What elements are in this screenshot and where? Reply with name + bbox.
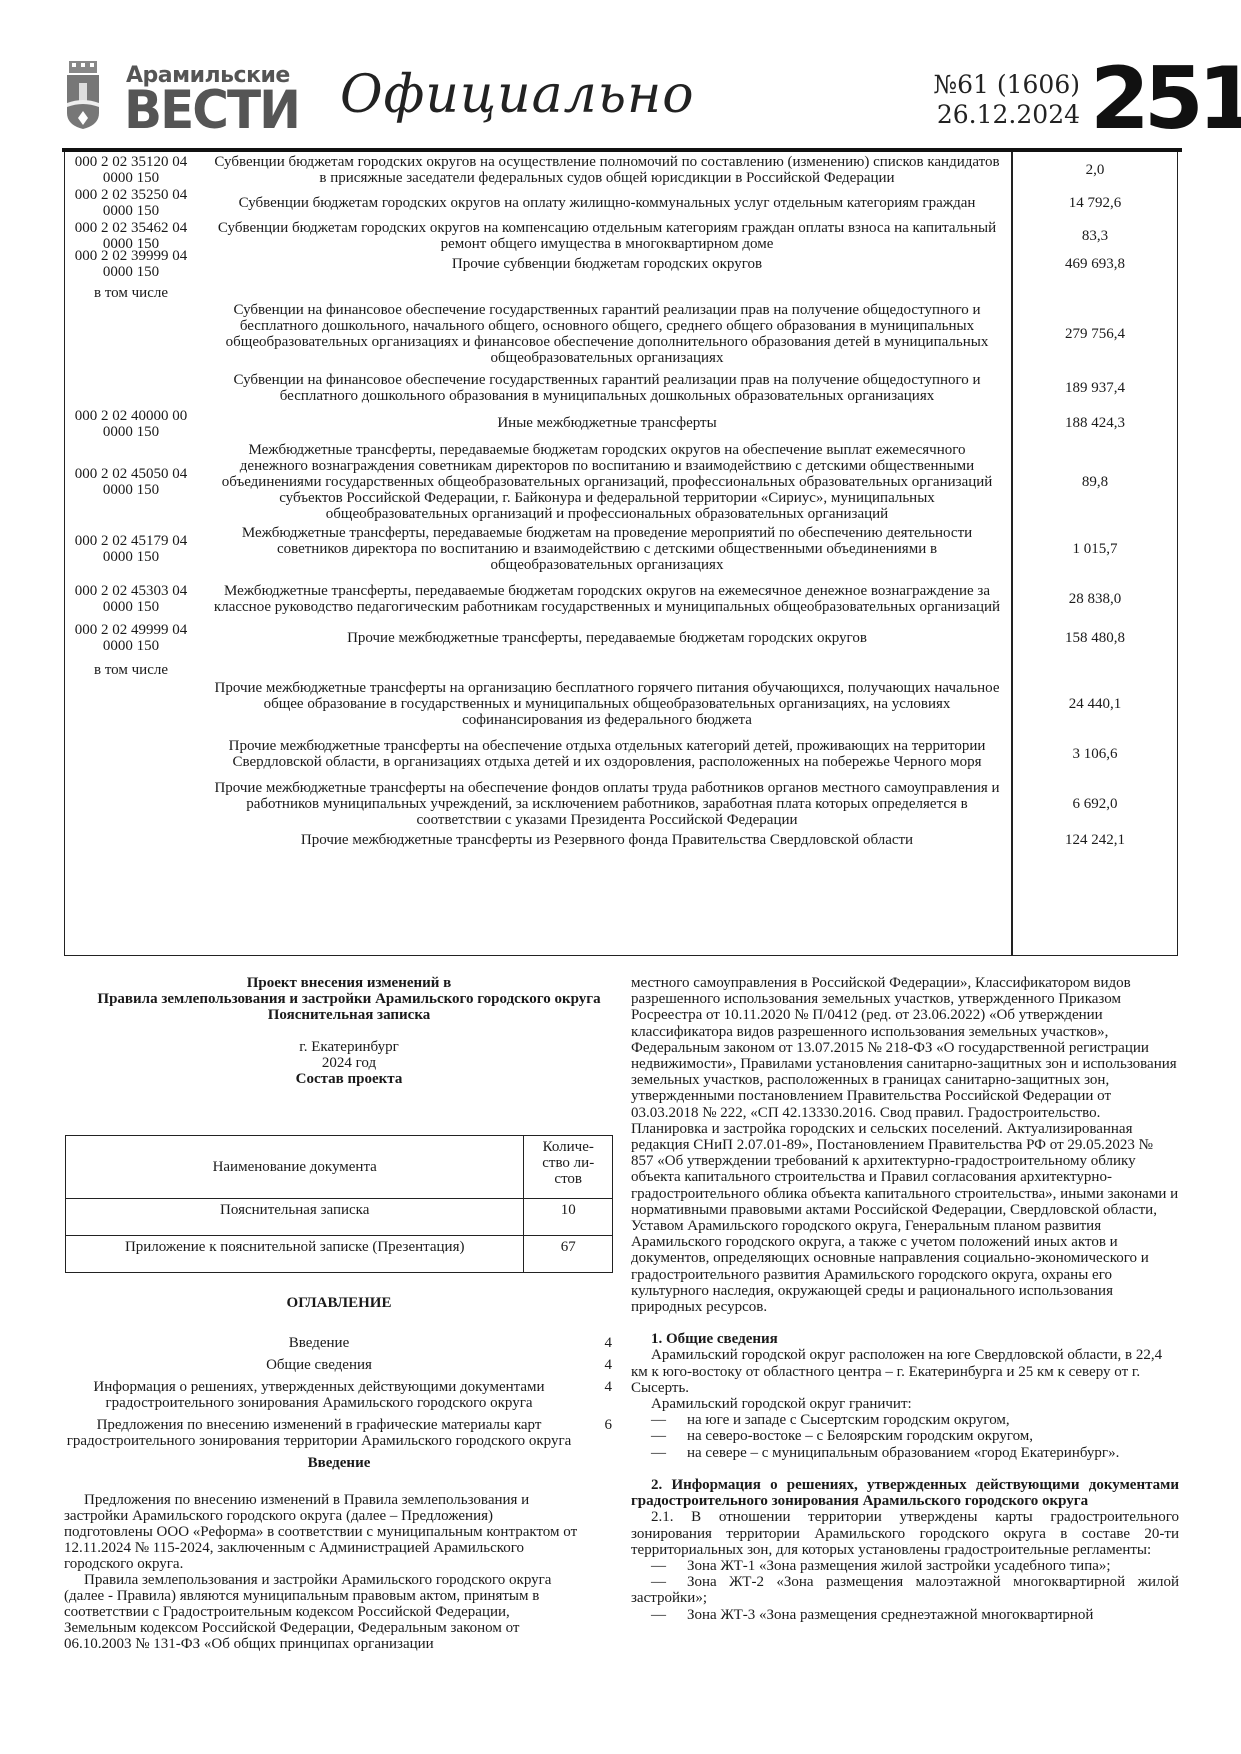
toc-page: 4 [605,1357,613,1373]
issue-date: 26.12.2024 [870,100,1080,130]
list-item: —на севере – с муниципальным образование… [631,1445,1179,1461]
table-row: в том числе [65,662,1177,678]
dash-bullet: — [631,1445,687,1461]
budget-description: Иные межбюджетные трансферты [213,415,1001,431]
budget-description: Межбюджетные трансферты, передаваемые бю… [213,583,1001,615]
budget-value: 1 015,7 [1013,541,1177,557]
budget-code: 000 2 02 45179 04 0000 150 [65,533,197,565]
section1-paragraph: Арамильский городской округ граничит: [631,1396,1179,1412]
budget-description: Субвенции бюджетам городских округов на … [213,195,1001,211]
list-item: —Зона ЖТ-3 «Зона размещения среднеэтажно… [631,1607,1179,1623]
table-row: Приложение к пояснительной записке (През… [66,1236,613,1273]
brand-name-main: ВЕСТИ [124,80,299,141]
budget-description: Межбюджетные трансферты, передаваемые бю… [213,525,1001,573]
budget-description: Прочие межбюджетные трансферты из Резерв… [213,832,1001,848]
toc-title: ОГЛАВЛЕНИЕ [64,1295,614,1311]
list-item-text: Зона ЖТ-1 «Зона размещения жилой застрой… [687,1558,1111,1574]
introduction: Предложения по внесению изменений в Прав… [64,1492,584,1652]
page-number: 251 [1090,49,1241,149]
right-column: местного самоуправления в Российской Фед… [631,975,1179,1623]
budget-code: 000 2 02 35120 04 0000 150 [65,154,197,186]
list-item: —Зона ЖТ-1 «Зона размещения жилой застро… [631,1558,1179,1574]
list-item: —на северо-востоке – с Белоярским городс… [631,1428,1179,1444]
table-row: 000 2 02 49999 04 0000 150Прочие межбюдж… [65,622,1177,654]
section1-paragraph: Арамильский городской округ расположен н… [631,1347,1179,1396]
project-title-line2: Правила землепользования и застройки Ара… [84,991,614,1007]
header-document-name: Наименование документа [66,1136,524,1199]
table-row: Прочие межбюджетные трансферты из Резерв… [65,832,1177,848]
budget-code: в том числе [65,662,197,678]
budget-value: 3 106,6 [1013,746,1177,762]
project-city: г. Екатеринбург [84,1039,614,1055]
budget-description: Межбюджетные трансферты, передаваемые бю… [213,442,1001,522]
table-row: Субвенции на финансовое обеспечение госу… [65,370,1177,406]
section2-title: 2. Информация о решениях, утвержденных д… [631,1477,1179,1509]
table-row: 000 2 02 39999 04 0000 150Прочие субвенц… [65,248,1177,280]
table-row: 000 2 02 45179 04 0000 150Межбюджетные т… [65,524,1177,574]
table-row: Прочие межбюджетные трансферты на органи… [65,680,1177,728]
table-row: 000 2 02 45303 04 0000 150Межбюджетные т… [65,574,1177,624]
budget-value: 89,8 [1013,474,1177,490]
project-header: Проект внесения изменений в Правила земл… [84,975,614,1087]
table-row: в том числе [65,285,1177,301]
table-row: 000 2 02 35120 04 0000 150Субвенции бюдж… [65,152,1177,188]
budget-description: Прочие субвенции бюджетам городских окру… [213,256,1001,272]
table-header-row: Наименование документа Количе-ство ли-ст… [66,1136,613,1199]
budget-value: 189 937,4 [1013,380,1177,396]
dash-bullet: — [631,1412,687,1428]
table-row: 000 2 02 40000 00 0000 150Иные межбюджет… [65,408,1177,438]
project-title-line1: Проект внесения изменений в [84,975,614,991]
cell-doc-name: Пояснительная записка [66,1199,524,1236]
budget-description: Субвенции на финансовое обеспечение госу… [213,302,1001,366]
intro-paragraph: Предложения по внесению изменений в Прав… [64,1492,584,1572]
section2-paragraph: 2.1. В отношении территории утверждены к… [631,1509,1179,1558]
table-row: Прочие межбюджетные трансферты на обеспе… [65,780,1177,828]
budget-value: 83,3 [1013,228,1177,244]
list-item: —на юге и западе с Сысертским городским … [631,1412,1179,1428]
budget-code: 000 2 02 49999 04 0000 150 [65,622,197,654]
cell-sheet-count: 67 [524,1236,613,1273]
budget-code: в том числе [65,285,197,301]
budget-code: 000 2 02 35250 04 0000 150 [65,187,197,219]
intro-continuation: местного самоуправления в Российской Фед… [631,975,1179,1315]
budget-value: 28 838,0 [1013,591,1177,607]
project-year: 2024 год [84,1055,614,1071]
coat-of-arms-icon [66,61,100,129]
budget-value: 24 440,1 [1013,696,1177,712]
intro-title: Введение [64,1455,614,1471]
list-item-text: на юге и западе с Сысертским городским о… [687,1412,1010,1428]
budget-value: 2,0 [1013,162,1177,178]
toc-page: 6 [605,1417,613,1433]
budget-code: 000 2 02 40000 00 0000 150 [65,408,197,440]
list-item-text: на северо-востоке – с Белоярским городск… [687,1428,1033,1444]
budget-description: Субвенции на финансовое обеспечение госу… [213,372,1001,404]
toc-item[interactable]: Общие сведения4 [64,1357,614,1373]
budget-description: Прочие межбюджетные трансферты на органи… [213,680,1001,728]
dash-bullet: — [631,1558,687,1574]
masthead: Арамильские ВЕСТИ Официально №61 (1606) … [60,55,1180,143]
section1-title: 1. Общие сведения [631,1331,1179,1347]
budget-value: 158 480,8 [1013,630,1177,646]
list-item-text: Зона ЖТ-2 «Зона размещения малоэтажной м… [631,1574,1179,1606]
budget-code: 000 2 02 45303 04 0000 150 [65,583,197,615]
toc-label: Предложения по внесению изменений в граф… [64,1417,574,1449]
budget-description: Прочие межбюджетные трансферты на обеспе… [213,780,1001,828]
budget-value: 469 693,8 [1013,256,1177,272]
budget-description: Прочие межбюджетные трансферты, передава… [213,630,1001,646]
budget-code: 000 2 02 39999 04 0000 150 [65,248,197,280]
budget-value: 188 424,3 [1013,415,1177,431]
budget-table: 000 2 02 35120 04 0000 150Субвенции бюдж… [64,152,1178,956]
dash-bullet: — [631,1428,687,1444]
composition-title: Состав проекта [84,1071,614,1087]
table-row: Пояснительная записка 10 [66,1199,613,1236]
toc-page: 4 [605,1335,613,1351]
intro-paragraph: Правила землепользования и застройки Ара… [64,1572,584,1652]
toc-label: Введение [64,1335,574,1351]
toc-item[interactable]: Информация о решениях, утвержденных дейс… [64,1379,614,1411]
issue-info: №61 (1606) 26.12.2024 [870,70,1080,130]
table-row: 000 2 02 45050 04 0000 150Межбюджетные т… [65,442,1177,522]
budget-value: 6 692,0 [1013,796,1177,812]
budget-description: Прочие межбюджетные трансферты на обеспе… [213,738,1001,770]
budget-code: 000 2 02 45050 04 0000 150 [65,466,197,498]
cell-doc-name: Приложение к пояснительной записке (През… [66,1236,524,1273]
table-row: 000 2 02 35250 04 0000 150Субвенции бюдж… [65,187,1177,219]
issue-number: №61 (1606) [870,70,1080,100]
list-item: —Зона ЖТ-2 «Зона размещения малоэтажной … [631,1574,1179,1606]
table-row: Прочие межбюджетные трансферты на обеспе… [65,730,1177,778]
cell-sheet-count: 10 [524,1199,613,1236]
toc-item[interactable]: Предложения по внесению изменений в граф… [64,1417,614,1449]
toc-label: Информация о решениях, утвержденных дейс… [64,1379,574,1411]
table-row: Субвенции на финансовое обеспечение госу… [65,302,1177,366]
toc-page: 4 [605,1379,613,1395]
budget-description: Субвенции бюджетам городских округов на … [213,154,1001,186]
list-item-text: на севере – с муниципальным образованием… [687,1445,1119,1461]
budget-value: 279 756,4 [1013,326,1177,342]
toc-item[interactable]: Введение4 [64,1335,614,1351]
list-item-text: Зона ЖТ-3 «Зона размещения среднеэтажной… [687,1607,1093,1623]
dash-bullet: — [631,1607,687,1623]
table-of-contents: ОГЛАВЛЕНИЕ Введение4Общие сведения4Инфор… [64,1295,614,1471]
dash-bullet: — [631,1574,687,1590]
section-title: Официально [340,65,695,125]
toc-label: Общие сведения [64,1357,574,1373]
composition-table: Наименование документа Количе-ство ли-ст… [65,1135,613,1273]
budget-value: 14 792,6 [1013,195,1177,211]
project-subtitle: Пояснительная записка [84,1007,614,1023]
header-sheet-count: Количе-ство ли-стов [524,1136,613,1199]
budget-value: 124 242,1 [1013,832,1177,848]
